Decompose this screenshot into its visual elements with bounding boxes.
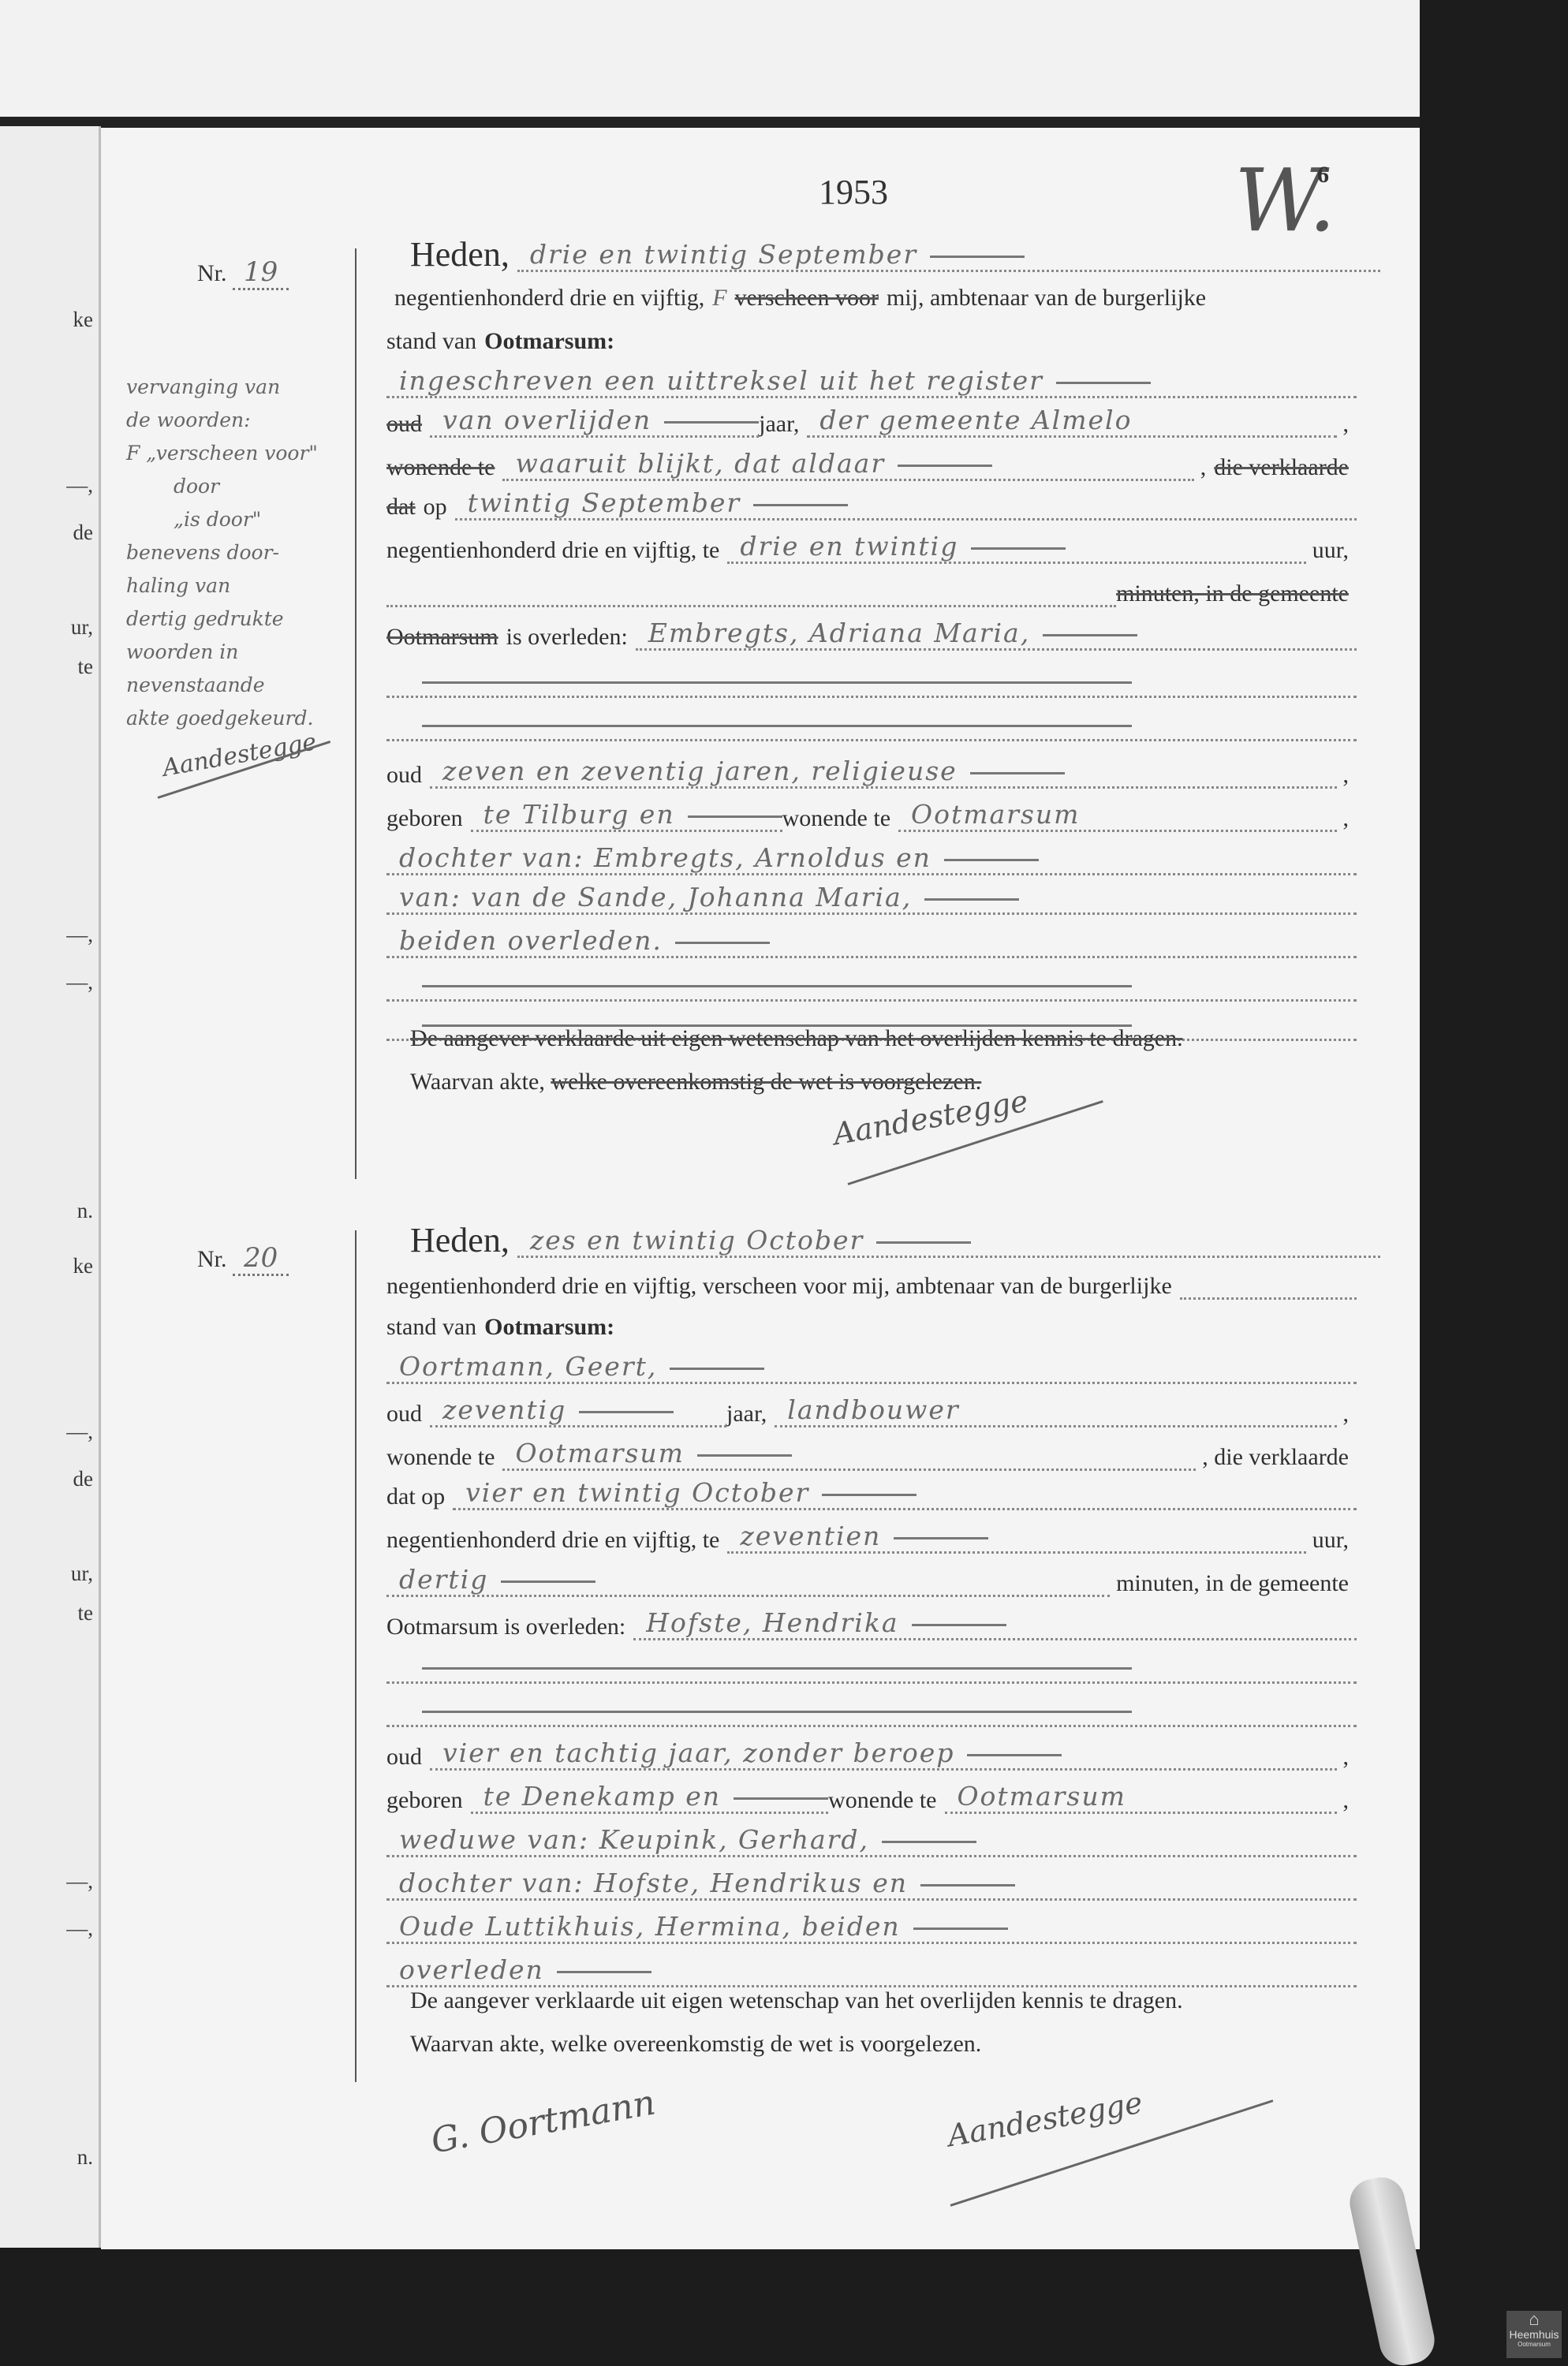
handwritten-entry: Oortmann, Geert,: [386, 1351, 1357, 1384]
handwritten-entry: Hofste, Hendrika: [633, 1607, 1357, 1640]
record-line: wonende teOotmarsum, die verklaarde: [386, 1431, 1357, 1471]
record-line: ingeschreven een uittreksel uit het regi…: [386, 359, 1357, 398]
handwritten-entry: drie en twintig: [727, 531, 1305, 564]
declaration-statement: De aangever verklaarde uit eigen wetensc…: [410, 1987, 1183, 2014]
margin-note-line: vervanging van: [126, 371, 363, 404]
fill-dash: [734, 1797, 828, 1800]
margin-annotation: vervanging vande woorden:F „verscheen vo…: [126, 371, 363, 735]
record-line: Oortmann, Geert,: [386, 1345, 1357, 1384]
handwritten-entry: vier en tachtig jaar, zonder beroep: [430, 1737, 1337, 1771]
fill-dash: [670, 1368, 764, 1370]
printed-text: geboren: [386, 805, 471, 832]
record-line: dochter van: Hofste, Hendrikus en: [386, 1861, 1357, 1901]
record-line: .: [386, 659, 1357, 698]
handwritten-entry: van overlijden: [430, 405, 759, 438]
margin-note-line: dertig gedrukte: [126, 603, 363, 636]
house-logo-icon: ⌂: [1506, 2311, 1562, 2328]
record-line: oudvan overlijden jaar,der gemeente Alme…: [386, 398, 1357, 438]
record-line: oudvier en tachtig jaar, zonder beroep,: [386, 1731, 1357, 1771]
printed-text: jaar,: [726, 1401, 775, 1427]
left-page-fragment: de: [6, 521, 93, 545]
margin-note-line: akte goedgekeurd.: [126, 702, 363, 735]
printed-text: ,: [1337, 805, 1357, 832]
left-page-fragment: te: [6, 1601, 93, 1625]
printed-text: negentienhonderd drie en vijftig, te: [386, 1527, 727, 1554]
page-year: 1953: [819, 172, 888, 212]
scanner-background-bottom: [0, 2249, 1568, 2366]
handwritten-entry: .: [386, 1694, 1357, 1727]
handwritten-entry: te Denekamp en: [471, 1781, 828, 1814]
record-line: van: van de Sande, Johanna Maria,: [386, 875, 1357, 915]
record-number-value: 19: [233, 256, 289, 290]
printed-text: Heden,: [410, 237, 517, 272]
printed-text: ,: [1337, 1744, 1357, 1771]
handwritten-entry: Ootmarsum: [945, 1781, 1337, 1814]
fill-dash: [924, 898, 1019, 901]
left-page-fragment: —,: [6, 970, 93, 995]
printed-text: ,: [1337, 411, 1357, 438]
handwritten-entry: te Tilburg en: [471, 799, 782, 832]
read-aloud-statement: Waarvan akte, welke overeenkomstig de we…: [410, 2031, 981, 2058]
record-line: Ootmarsumis overleden:Embregts, Adriana …: [386, 611, 1357, 651]
blank-fill: .: [1180, 1267, 1357, 1300]
record-line: overleden: [386, 1948, 1357, 1987]
printed-text: , die verklaarde: [1196, 1444, 1357, 1471]
printed-text: dat op: [386, 1483, 453, 1510]
handwritten-entry: drie en twintig September: [517, 239, 1380, 272]
margin-note-line: F „verscheen voor": [126, 437, 363, 470]
handwritten-entry: zeven en zeventig jaren, religieuse: [430, 756, 1337, 789]
printed-text: Heden,: [410, 1223, 517, 1258]
handwritten-entry: Ootmarsum: [898, 799, 1336, 832]
fill-dash: [912, 1624, 1006, 1626]
margin-note-line: woorden in: [126, 636, 363, 669]
record-line: negentienhonderd drie en vijftig,Fversch…: [386, 272, 1357, 312]
handwritten-entry: Ootmarsum: [502, 1438, 1196, 1471]
handwritten-entry: .: [386, 1651, 1357, 1684]
left-page-fragment: de: [6, 1467, 93, 1491]
struck-printed-text: die verklaarde: [1214, 454, 1357, 481]
handwritten-entry: ingeschreven een uittreksel uit het regi…: [386, 365, 1357, 398]
record-line: Ootmarsum is overleden:Hofste, Hendrika: [386, 1601, 1357, 1640]
handwritten-entry: van: van de Sande, Johanna Maria,: [386, 882, 1357, 915]
left-page-fragment: ur,: [6, 1562, 93, 1586]
printed-text: uur,: [1306, 537, 1357, 564]
handwritten-entry: zes en twintig October: [517, 1225, 1380, 1258]
printed-text: welke overeenkomstig de wet is voorgelez…: [551, 2031, 981, 2057]
record-line: Heden,drie en twintig September: [410, 233, 1380, 272]
fill-dash: [579, 1411, 674, 1413]
handwritten-entry: dertig: [386, 1564, 1110, 1597]
margin-note-line: „is door": [126, 503, 363, 536]
struck-printed-text: wonende te: [386, 454, 502, 481]
fill-dash: [422, 725, 1132, 727]
record-line: stand vanOotmarsum:: [386, 315, 1357, 355]
left-page-fragment: —,: [6, 473, 93, 498]
record-number-label: Nr.: [197, 1246, 233, 1272]
fill-dash: [920, 1884, 1015, 1886]
handwritten-entry: Oude Luttikhuis, Hermina, beiden: [386, 1911, 1357, 1944]
margin-note-line: door: [126, 470, 363, 503]
handwritten-entry: vier en twintig October: [453, 1477, 1357, 1510]
printed-text: op: [424, 494, 455, 521]
left-page-fragment: ke: [6, 1254, 93, 1278]
record-line: beiden overleden.: [386, 919, 1357, 958]
handwritten-entry: overleden: [386, 1954, 1357, 1987]
record-line: negentienhonderd drie en vijftig, tezeve…: [386, 1514, 1357, 1554]
printed-text: negentienhonderd drie en vijftig, te: [386, 537, 727, 564]
archive-watermark: ⌂ Heemhuis Ootmarsum: [1506, 2311, 1562, 2358]
fill-dash: [894, 1537, 988, 1539]
printed-text: Waarvan akte,: [410, 2031, 551, 2057]
record-line: dat opvier en twintig October: [386, 1471, 1357, 1510]
municipality-name: Ootmarsum:: [484, 328, 622, 355]
fill-dash: [697, 1454, 792, 1457]
record-line: weduwe van: Keupink, Gerhard,: [386, 1818, 1357, 1857]
record-line: geborente Denekamp en wonende teOotmarsu…: [386, 1774, 1357, 1814]
fill-dash: [882, 1841, 976, 1843]
printed-text: Waarvan akte,: [410, 1069, 551, 1095]
printed-text: negentienhonderd drie en vijftig,: [394, 285, 712, 312]
record-line: Oude Luttikhuis, Hermina, beiden: [386, 1905, 1357, 1944]
margin-note-line: nevenstaande: [126, 669, 363, 702]
handwritten-entry: waaruit blijkt, dat aldaar: [502, 448, 1193, 481]
printed-text: ,: [1337, 1787, 1357, 1814]
printed-text: uur,: [1306, 1527, 1357, 1554]
left-page-fragment: —,: [6, 923, 93, 947]
fill-dash: [1043, 634, 1137, 636]
fill-dash: [422, 985, 1132, 987]
watermark-sub: Ootmarsum: [1506, 2341, 1562, 2348]
column-divider-2: [355, 1230, 357, 2082]
handwritten-entry: weduwe van: Keupink, Gerhard,: [386, 1824, 1357, 1857]
printed-text: stand van: [386, 328, 484, 355]
record-line: negentienhonderd drie en vijftig, versch…: [386, 1260, 1357, 1300]
fill-dash: [501, 1580, 595, 1583]
fill-dash: [557, 1971, 651, 1973]
correction-mark: F: [712, 285, 734, 312]
left-page-fragment: —,: [6, 1916, 93, 1941]
record-line: wonende tewaaruit blijkt, dat aldaar,die…: [386, 442, 1357, 481]
fill-dash: [675, 942, 770, 944]
printed-text: wonende te: [828, 1787, 944, 1814]
handwritten-entry: dochter van: Hofste, Hendrikus en: [386, 1868, 1357, 1901]
municipality-name: Ootmarsum:: [484, 1314, 622, 1341]
fill-dash: [944, 859, 1039, 861]
margin-note-line: de woorden:: [126, 404, 363, 437]
read-aloud-statement: Waarvan akte, welke overeenkomstig de we…: [410, 1069, 981, 1095]
struck-printed-text: Ootmarsum: [386, 624, 506, 651]
record-line: dertigminuten, in de gemeente: [386, 1558, 1357, 1597]
fill-dash: [970, 772, 1065, 774]
handwritten-entry: twintig September: [455, 487, 1357, 521]
printed-text: minuten, in de gemeente: [1110, 1570, 1357, 1597]
scanner-top-background: [0, 0, 1568, 126]
printed-text: is overleden:: [506, 624, 636, 651]
printed-text: jaar,: [759, 411, 807, 438]
handwritten-entry: beiden overleden.: [386, 925, 1357, 958]
watermark-brand: Heemhuis: [1506, 2328, 1562, 2341]
fill-dash: [422, 1667, 1132, 1670]
handwritten-entry: .: [386, 968, 1357, 1002]
printed-text: stand van: [386, 1314, 484, 1341]
printed-text: mij, ambtenaar van de burgerlijke: [887, 285, 1214, 312]
record-line: .: [386, 702, 1357, 741]
struck-printed-text: verscheen voor: [735, 285, 887, 312]
struck-printed-text: minuten, in de gemeente: [1116, 580, 1357, 607]
blank-fill: .: [386, 574, 1116, 607]
record-line: .: [386, 1644, 1357, 1684]
handwritten-entry: .: [386, 708, 1357, 741]
handwritten-entry: zeventien: [727, 1521, 1305, 1554]
fill-dash: [422, 681, 1132, 684]
record-line: negentienhonderd drie en vijftig, tedrie…: [386, 524, 1357, 564]
printed-text: welke overeenkomstig de wet is voorgelez…: [551, 1069, 981, 1095]
handwritten-entry: landbouwer: [775, 1394, 1336, 1427]
printed-text: wonende te: [386, 1444, 502, 1471]
handwritten-entry: Embregts, Adriana Maria,: [636, 618, 1357, 651]
fill-dash: [822, 1494, 917, 1496]
record-number-label: Nr.: [197, 260, 233, 286]
handwritten-entry: der gemeente Almelo: [807, 405, 1336, 438]
margin-note-line: haling van: [126, 569, 363, 603]
printed-text: oud: [386, 1401, 430, 1427]
record-line: .: [386, 1688, 1357, 1727]
left-page-edge: ke—,deur,te—,—,n.ke—,deur,te—,—,n.: [0, 126, 101, 2248]
declaration-statement: De aangever verklaarde uit eigen wetensc…: [410, 1025, 1183, 1052]
printed-text: oud: [386, 762, 430, 789]
printed-text: oud: [386, 1744, 430, 1771]
left-page-fragment: ur,: [6, 615, 93, 640]
record-line: oudzeventig jaar,landbouwer,: [386, 1388, 1357, 1427]
fill-dash: [422, 1711, 1132, 1713]
fill-dash: [898, 465, 992, 467]
record-line: Heden,zes en twintig October: [410, 1218, 1380, 1258]
record-line: dochter van: Embregts, Arnoldus en: [386, 836, 1357, 875]
book-top-edge: [0, 117, 1420, 128]
left-page-fragment: te: [6, 655, 93, 679]
handwritten-entry: .: [386, 665, 1357, 698]
record-line: datoptwintig September: [386, 481, 1357, 521]
handwritten-entry: zeventig: [430, 1394, 726, 1427]
fill-dash: [664, 421, 759, 424]
fill-dash: [1056, 382, 1151, 384]
printed-text: negentienhonderd drie en vijftig, versch…: [386, 1273, 1180, 1300]
fill-dash: [967, 1754, 1062, 1756]
margin-note-line: benevens door-: [126, 536, 363, 569]
struck-printed-text: oud: [386, 411, 430, 438]
fill-dash: [688, 815, 782, 818]
scanner-background-right: [1420, 0, 1568, 2366]
left-page-fragment: —,: [6, 1420, 93, 1444]
printed-text: geboren: [386, 1787, 471, 1814]
record-line: stand vanOotmarsum:: [386, 1301, 1357, 1341]
left-page-fragment: n.: [6, 2145, 93, 2170]
fill-dash: [876, 1241, 971, 1244]
printed-text: ,: [1337, 762, 1357, 789]
record-number-20: Nr. 20: [197, 1242, 289, 1274]
fill-dash: [930, 256, 1025, 258]
left-page-fragment: —,: [6, 1869, 93, 1894]
printed-text: ,: [1194, 454, 1215, 481]
printed-text: wonende te: [782, 805, 898, 832]
printed-text: ,: [1337, 1401, 1357, 1427]
fill-dash: [753, 504, 848, 506]
fill-dash: [971, 547, 1066, 550]
record-line: .: [386, 962, 1357, 1002]
struck-printed-text: dat: [386, 494, 424, 521]
left-page-fragment: n.: [6, 1199, 93, 1223]
page-number: 6: [1317, 162, 1329, 188]
record-line: geborente Tilburg en wonende teOotmarsum…: [386, 793, 1357, 832]
record-number-value: 20: [233, 1242, 289, 1276]
fill-dash: [913, 1928, 1008, 1930]
record-line: oudzeven en zeventig jaren, religieuse,: [386, 749, 1357, 789]
left-page-fragment: ke: [6, 308, 93, 332]
record-number-19: Nr. 19: [197, 256, 289, 288]
record-line: .minuten, in de gemeente: [386, 568, 1357, 607]
printed-text: Ootmarsum is overleden:: [386, 1614, 633, 1640]
handwritten-entry: dochter van: Embregts, Arnoldus en: [386, 842, 1357, 875]
